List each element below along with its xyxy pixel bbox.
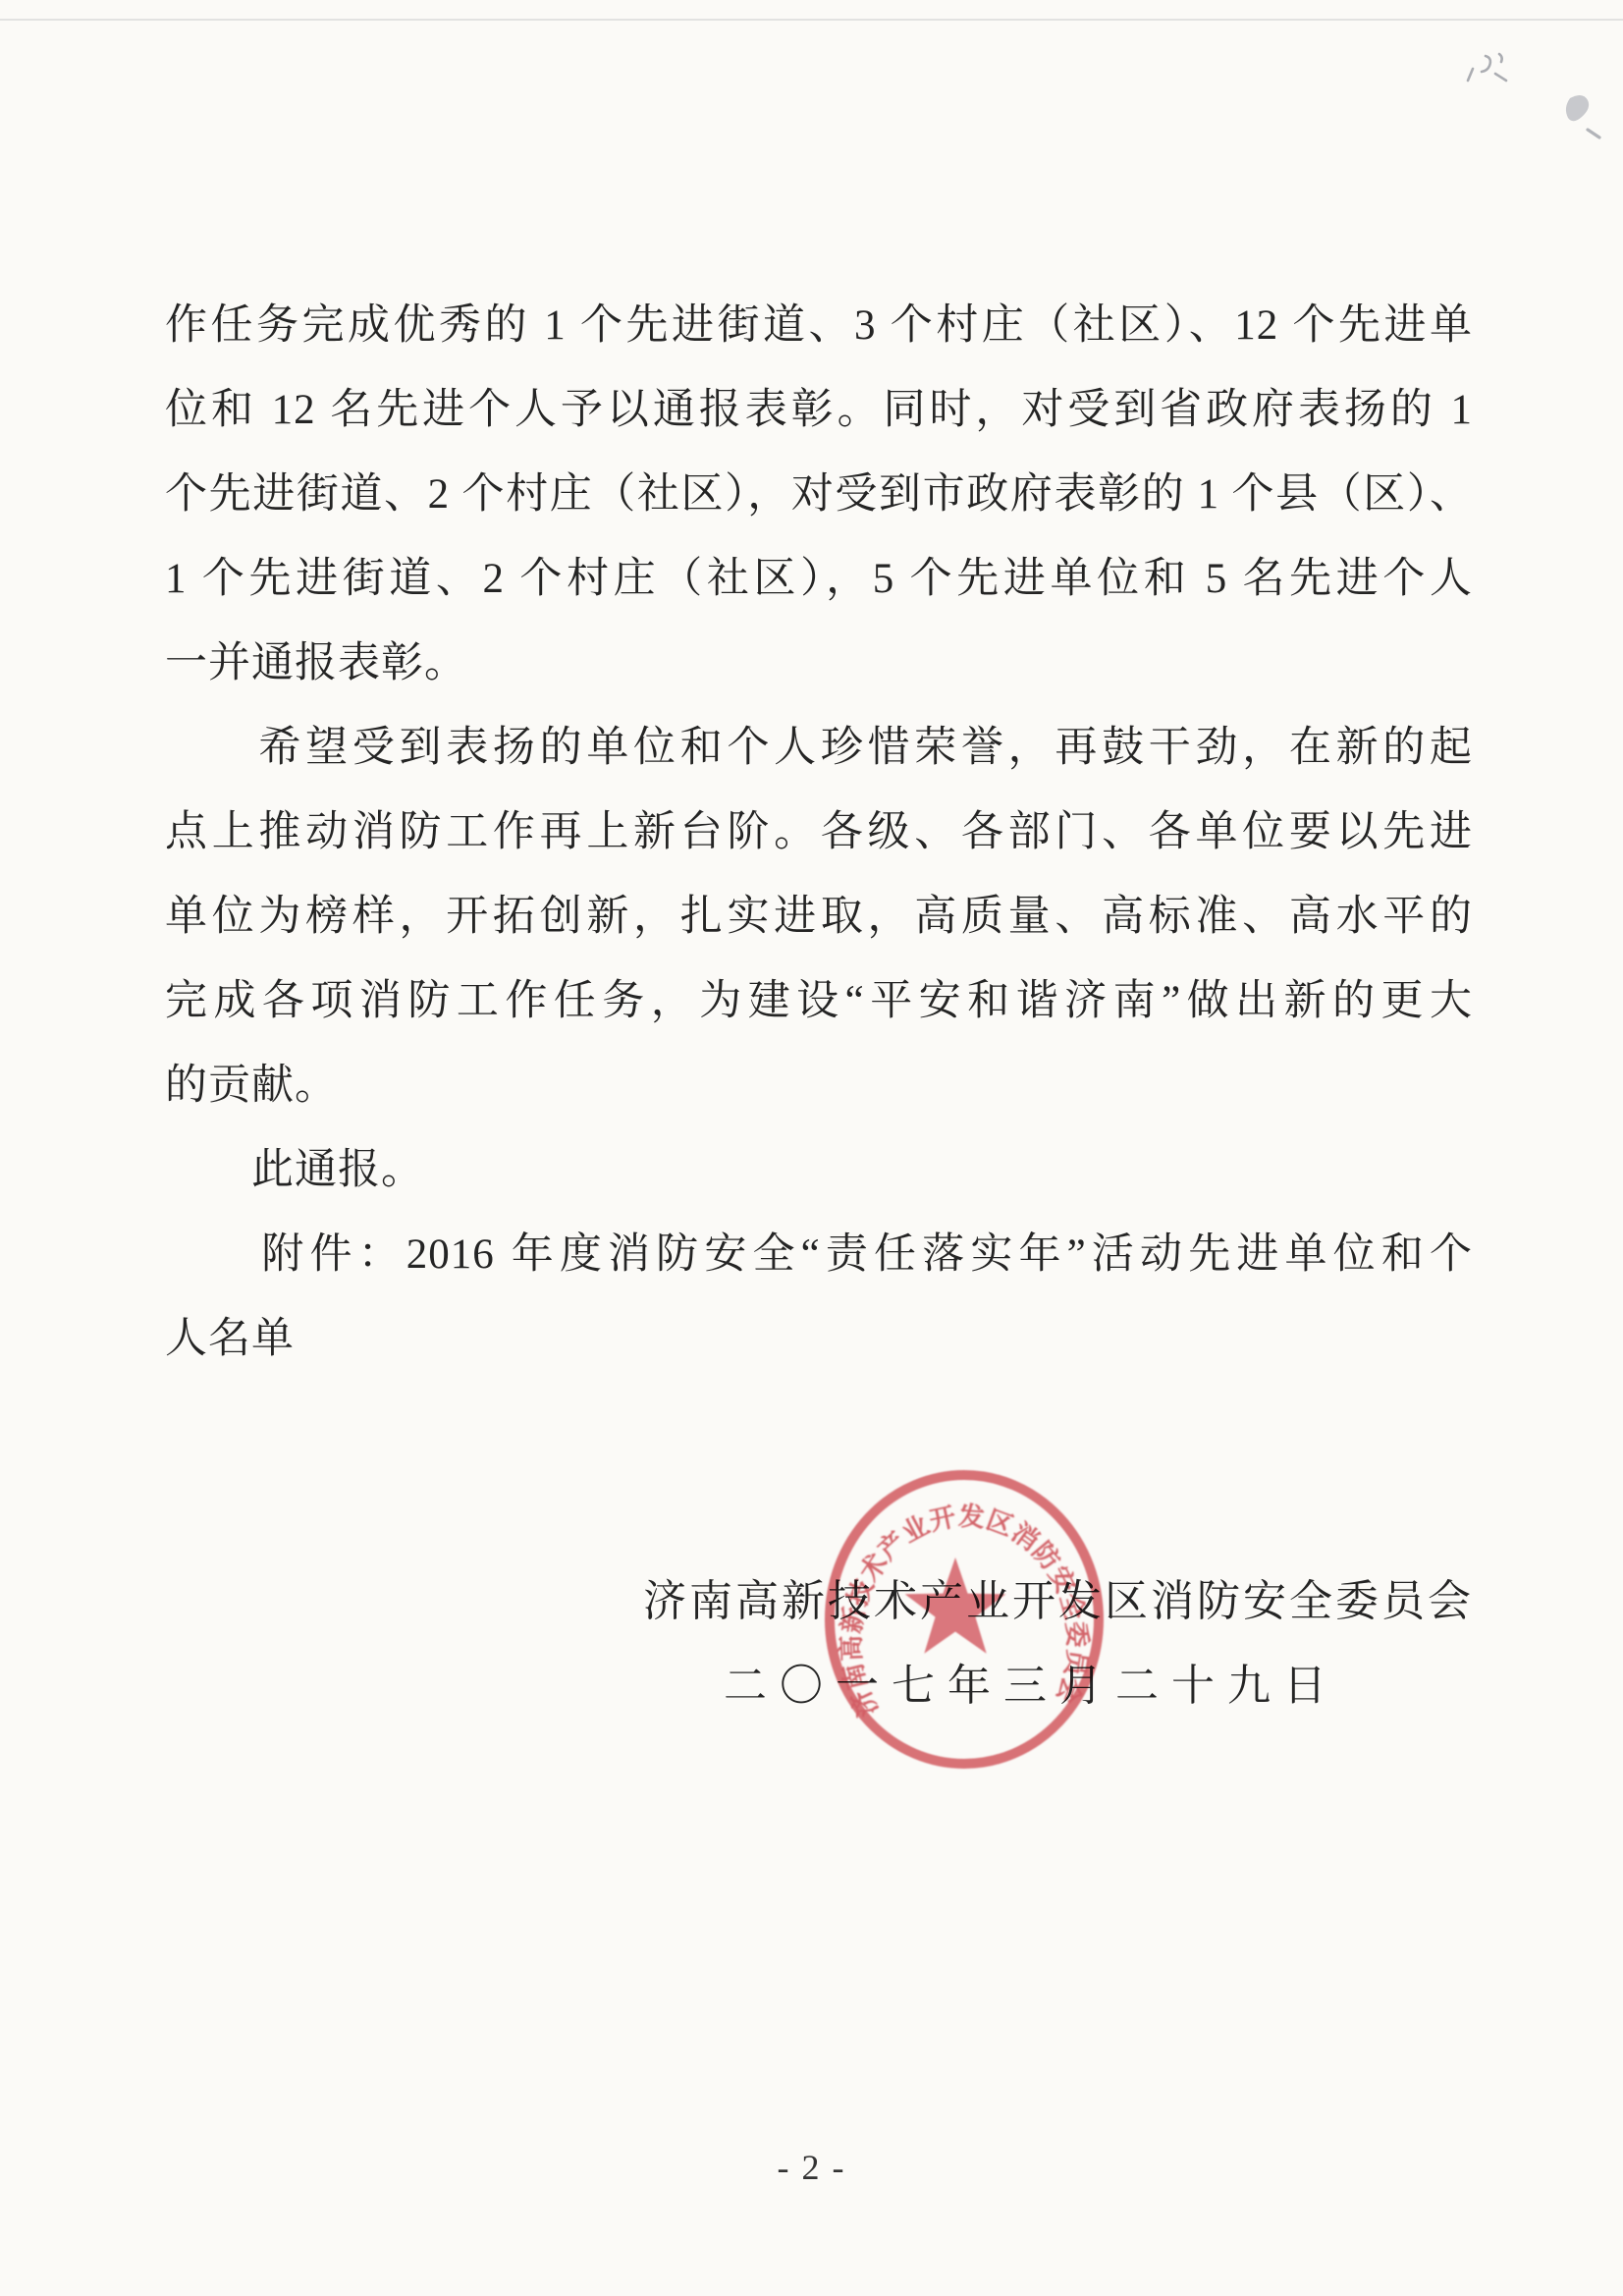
text-line: 此通报。 bbox=[165, 1128, 1473, 1213]
text-line: 一并通报表彰。 bbox=[165, 622, 1473, 706]
body-text: 作任务完成优秀的 1 个先进街道、3 个村庄（社区）、12 个先进单 位和 12… bbox=[165, 284, 1473, 1382]
document-page: 作任务完成优秀的 1 个先进街道、3 个村庄（社区）、12 个先进单 位和 12… bbox=[0, 0, 1623, 2296]
text-line: 的贡献。 bbox=[165, 1044, 1473, 1128]
pen-mark-icon bbox=[1460, 43, 1525, 92]
text-line: 位和 12 名先进个人予以通报表彰。同时，对受到省政府表扬的 1 bbox=[165, 368, 1473, 453]
text-line: 单位为榜样，开拓创新，扎实进取，高质量、高标准、高水平的 bbox=[165, 875, 1473, 959]
text-line: 作任务完成优秀的 1 个先进街道、3 个村庄（社区）、12 个先进单 bbox=[165, 284, 1473, 368]
text-line: 个先进街道、2 个村庄（社区），对受到市政府表彰的 1 个县（区）、 bbox=[165, 453, 1473, 537]
text-line: 1 个先进街道、2 个村庄（社区），5 个先进单位和 5 名先进个人 bbox=[165, 537, 1473, 622]
star-icon bbox=[905, 1558, 1006, 1654]
scan-edge-artifact bbox=[0, 19, 1623, 21]
text-line: 人名单 bbox=[165, 1297, 1473, 1382]
text-line: 点上推动消防工作再上新台阶。各级、各部门、各单位要以先进 bbox=[165, 791, 1473, 875]
official-seal: 济南高新技术产业开发区消防安全委员会 bbox=[818, 1463, 1110, 1776]
page-number: - 2 - bbox=[0, 2147, 1623, 2188]
text-line: 附件：2016 年度消防安全“责任落实年”活动先进单位和个 bbox=[165, 1213, 1473, 1297]
pen-mark-icon bbox=[1554, 90, 1609, 145]
text-line: 希望受到表扬的单位和个人珍惜荣誉，再鼓干劲，在新的起 bbox=[165, 706, 1473, 791]
pen-smudge bbox=[1566, 95, 1589, 121]
text-line: 完成各项消防工作任务，为建设“平安和谐济南”做出新的更大 bbox=[165, 959, 1473, 1044]
